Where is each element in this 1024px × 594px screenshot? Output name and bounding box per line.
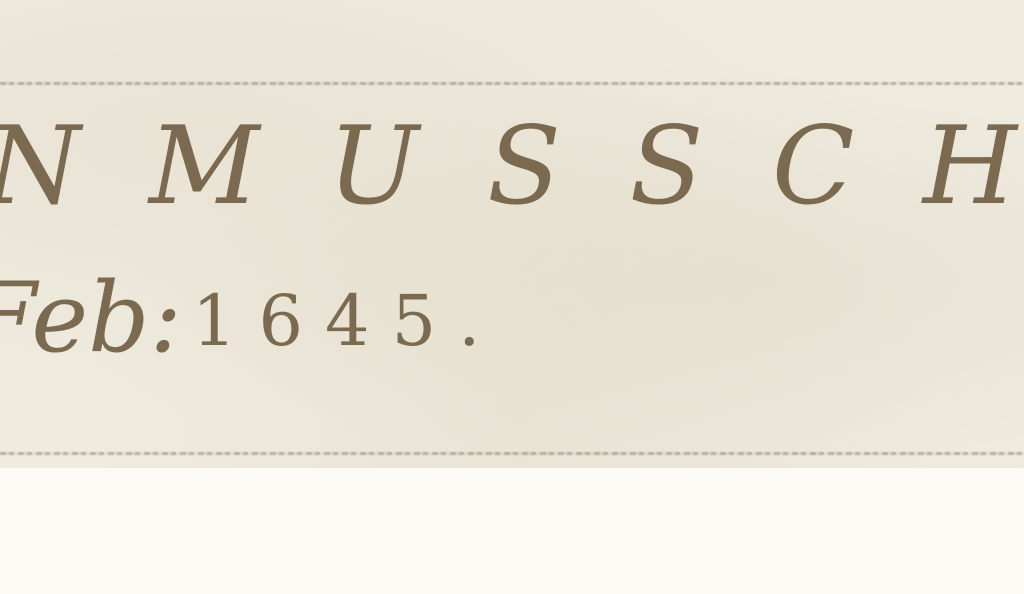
mount-background [0, 468, 1024, 594]
letter: U [328, 104, 419, 229]
letter: N [0, 104, 81, 229]
month-abbrev: Feb: [0, 262, 182, 374]
document-fragment: N M U S S C H E S Feb:1645. [0, 0, 1024, 470]
year: 1645. [192, 280, 502, 362]
letter: S [487, 104, 561, 229]
letter: S [630, 104, 704, 229]
letter: M [149, 104, 260, 229]
letter: C [772, 104, 855, 229]
ruled-line-top [0, 82, 1024, 85]
ruled-line-bottom [0, 452, 1024, 455]
handwritten-date-line: Feb:1645. [0, 262, 502, 374]
letter: H [923, 104, 1017, 229]
handwritten-name-line: N M U S S C H E S [0, 104, 1024, 229]
